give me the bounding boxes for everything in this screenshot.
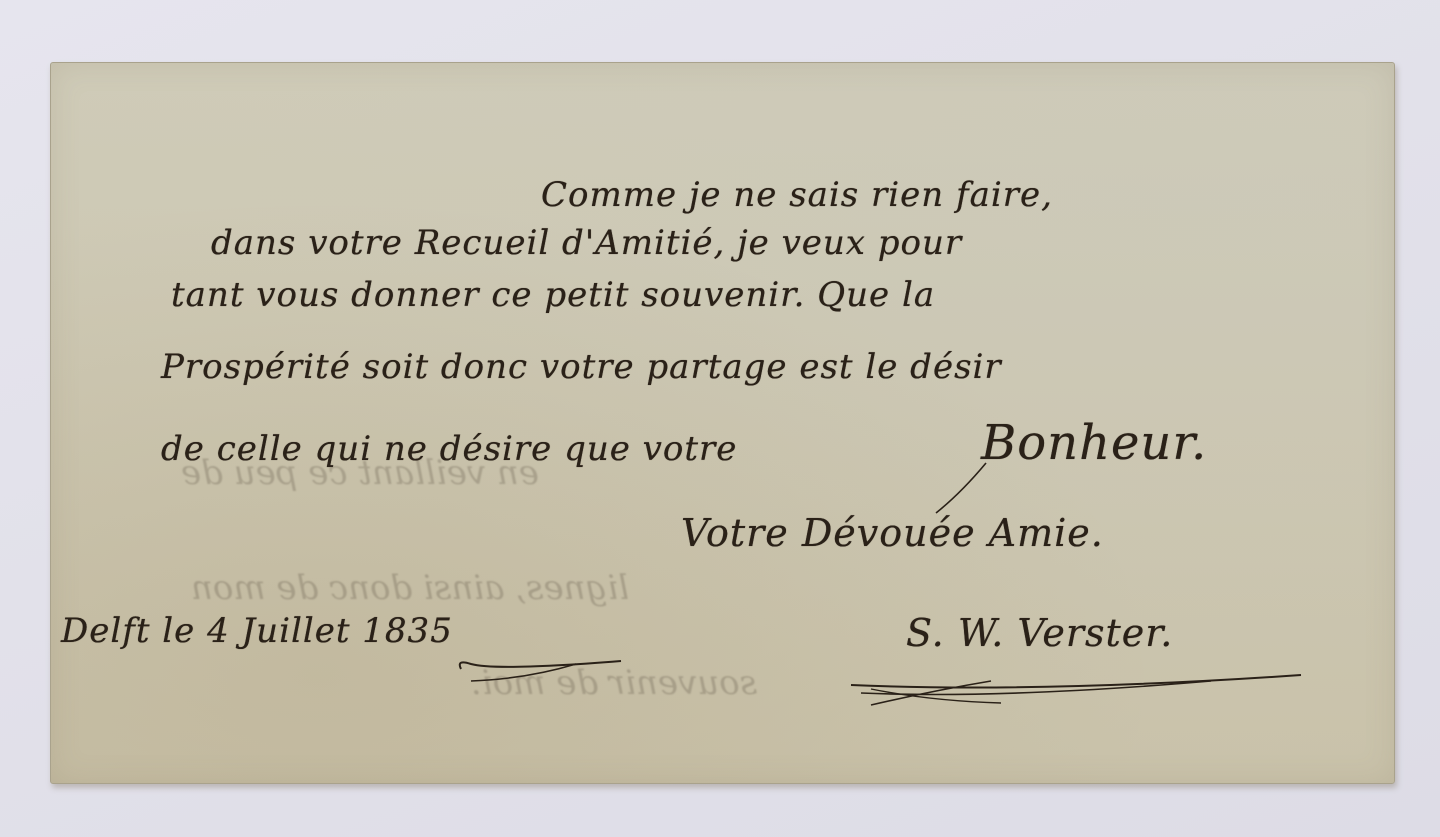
signature: S. W. Verster.	[906, 611, 1173, 655]
closing-line: Votre Dévouée Amie.	[681, 511, 1104, 555]
letter-line-4: Prospérité soit donc votre partage est l…	[161, 347, 1002, 387]
letter-line-2: dans votre Recueil d'Amitié, je veux pou…	[211, 223, 962, 263]
album-card: en veillant ce peu de lignes, ainsi donc…	[50, 62, 1395, 784]
date-underline-flourish	[456, 659, 626, 699]
letter-line-3: tant vous donner ce petit souvenir. Que …	[171, 275, 935, 315]
bonheur-tail-stroke	[931, 458, 991, 518]
letter-line-1: Comme je ne sais rien faire,	[541, 175, 1053, 215]
emphasized-word: Bonheur.	[981, 415, 1207, 471]
letter-line-5: de celle qui ne désire que votre	[161, 429, 737, 469]
signature-paraph-flourish	[841, 663, 1311, 723]
place-date: Delft le 4 Juillet 1835	[61, 611, 453, 651]
show-through-line-2: lignes, ainsi donc de mon	[191, 568, 629, 608]
